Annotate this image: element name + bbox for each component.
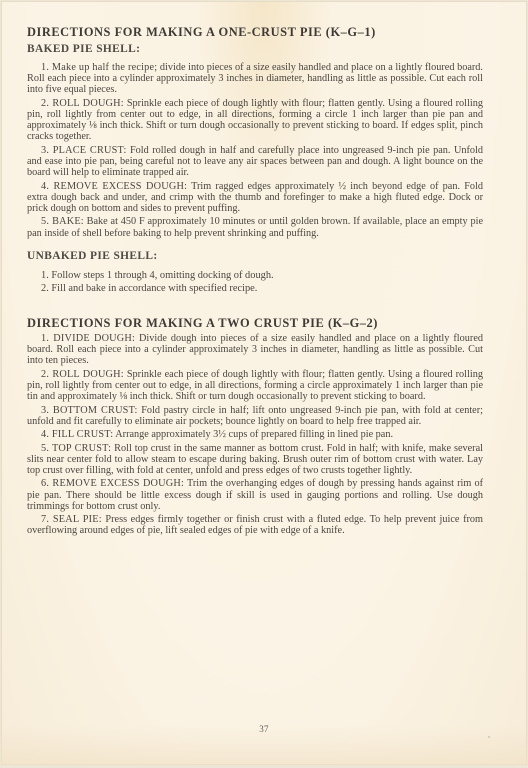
one-crust-title: DIRECTIONS FOR MAKING A ONE-CRUST PIE (K… xyxy=(27,23,483,41)
unbaked-shell-subtitle: UNBAKED PIE SHELL: xyxy=(27,248,483,264)
step-lead: 6. REMOVE EXCESS DOUGH: xyxy=(41,478,184,489)
step-text: Bake at 450 F approximately 10 minutes o… xyxy=(27,216,483,238)
step-lead: 3. PLACE CRUST: xyxy=(41,145,127,156)
step-lead: 2. ROLL DOUGH: xyxy=(41,369,124,380)
two-crust-step-3: 3. BOTTOM CRUST: Fold pastry circle in h… xyxy=(27,405,483,427)
step-lead: 5. BAKE: xyxy=(41,216,84,227)
unbaked-step-1: 1. Follow steps 1 through 4, omitting do… xyxy=(27,269,483,283)
unbaked-step-2: 2. Fill and bake in accordance with spec… xyxy=(27,282,483,296)
step-lead: 2. ROLL DOUGH: xyxy=(41,98,124,109)
step-lead: 4. REMOVE EXCESS DOUGH: xyxy=(41,181,187,192)
two-crust-step-4: 4. FILL CRUST: Arrange approximately 3½ … xyxy=(27,429,483,440)
two-crust-section: DIRECTIONS FOR MAKING A TWO CRUST PIE (K… xyxy=(27,314,483,537)
paper-stain xyxy=(1,725,527,765)
baked-step-5: 5. BAKE: Bake at 450 F approximately 10 … xyxy=(27,216,483,238)
baked-shell-subtitle: BAKED PIE SHELL: xyxy=(27,41,483,57)
step-lead: 4. FILL CRUST: xyxy=(41,429,113,440)
two-crust-step-2: 2. ROLL DOUGH: Sprinkle each piece of do… xyxy=(27,369,483,403)
page-content: DIRECTIONS FOR MAKING A ONE-CRUST PIE (K… xyxy=(27,23,483,539)
step-lead: 1. Make up half the recipe; xyxy=(41,62,157,73)
step-lead: 7. SEAL PIE: xyxy=(41,514,102,525)
document-page: DIRECTIONS FOR MAKING A ONE-CRUST PIE (K… xyxy=(1,1,527,765)
two-crust-step-5: 5. TOP CRUST: Roll top crust in the same… xyxy=(27,443,483,477)
step-lead: 1. DIVIDE DOUGH: xyxy=(41,333,135,344)
baked-step-4: 4. REMOVE EXCESS DOUGH: Trim ragged edge… xyxy=(27,181,483,215)
two-crust-step-1: 1. DIVIDE DOUGH: Divide dough into piece… xyxy=(27,333,483,367)
baked-step-3: 3. PLACE CRUST: Fold rolled dough in hal… xyxy=(27,145,483,179)
step-text: Arrange approximately 3½ cups of prepare… xyxy=(113,429,393,440)
two-crust-step-7: 7. SEAL PIE: Press edges firmly together… xyxy=(27,514,483,536)
step-lead: 5. TOP CRUST: xyxy=(41,443,111,454)
baked-step-2: 2. ROLL DOUGH: Sprinkle each piece of do… xyxy=(27,98,483,143)
one-crust-section: DIRECTIONS FOR MAKING A ONE-CRUST PIE (K… xyxy=(27,23,483,296)
two-crust-step-6: 6. REMOVE EXCESS DOUGH: Trim the overhan… xyxy=(27,478,483,512)
step-lead: 3. BOTTOM CRUST: xyxy=(41,405,138,416)
baked-step-1: 1. Make up half the recipe; divide into … xyxy=(27,62,483,96)
two-crust-title: DIRECTIONS FOR MAKING A TWO CRUST PIE (K… xyxy=(27,314,483,332)
